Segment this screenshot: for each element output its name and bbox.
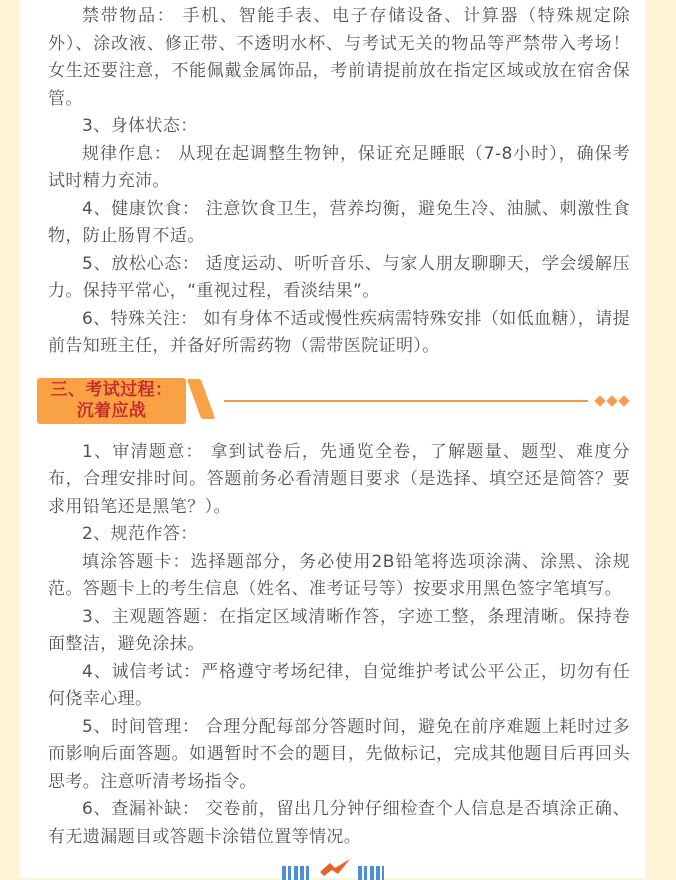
diamond-icon bbox=[618, 395, 629, 406]
paragraph: 禁带物品： 手机、智能手表、电子存储设备、计算器（特殊规定除外）、涂改液、修正带… bbox=[48, 3, 630, 113]
divider-line bbox=[224, 400, 588, 402]
section-title-line2: 沉着应战 bbox=[77, 401, 147, 421]
banner-ribbon-tail bbox=[187, 379, 216, 419]
paragraph: 2、规范作答： bbox=[48, 521, 630, 549]
paragraph: 规律作息： 从现在起调整生物钟，保证充足睡眠（7-8小时），确保考试时精力充沛。 bbox=[48, 141, 630, 196]
paragraph: 5、时间管理： 合理分配每部分答题时间，避免在前序难题上耗时过多而影响后面答题。… bbox=[48, 714, 630, 797]
paragraph: 填涂答题卡：选择题部分，务必使用2B铅笔将选项涂满、涂黑、涂规范。答题卡上的考生… bbox=[48, 549, 630, 604]
diamond-icon bbox=[606, 395, 617, 406]
diamond-decoration-icon bbox=[596, 397, 628, 405]
diamond-icon bbox=[594, 395, 605, 406]
section-title-line1: 三、考试过程： bbox=[51, 380, 173, 400]
paragraph: 1、审清题意： 拿到试卷后，先通览全卷，了解题量、题型、难度分布，合理安排时间。… bbox=[48, 439, 630, 522]
paragraph: 6、查漏补缺： 交卷前，留出几分钟仔细检查个人信息是否填涂正确、有无遗漏题目或答… bbox=[48, 796, 630, 851]
paragraph: 3、身体状态： bbox=[48, 113, 630, 141]
bird-icon bbox=[318, 858, 352, 878]
article-content: 禁带物品： 手机、智能手表、电子存储设备、计算器（特殊规定除外）、涂改液、修正带… bbox=[20, 0, 645, 851]
paragraph: 4、诚信考试：严格遵守考场纪律，自觉维护考试公平公正，切勿有任何侥幸心理。 bbox=[48, 659, 630, 714]
section-banner: 三、考试过程： 沉着应战 bbox=[37, 378, 186, 424]
paragraph: 6、特殊关注： 如有身体不适或慢性疾病需特殊安排（如低血糖），请提前告知班主任，… bbox=[48, 306, 630, 361]
footer-text-fragment-left bbox=[282, 866, 312, 878]
paragraph: 3、主观题答题：在指定区域清晰作答，字迹工整，条理清晰。保持卷面整洁，避免涂抹。 bbox=[48, 604, 630, 659]
section-title: 三、考试过程： 沉着应战 bbox=[51, 380, 173, 422]
section-heading-row: 三、考试过程： 沉着应战 bbox=[37, 378, 630, 424]
paragraph: 4、健康饮食： 注意饮食卫生，营养均衡，避免生冷、油腻、刺激性食物，防止肠胃不适… bbox=[48, 196, 630, 251]
paragraph: 5、放松心态： 适度运动、听听音乐、与家人朋友聊聊天，学会缓解压力。保持平常心，… bbox=[48, 251, 630, 306]
article-page: 禁带物品： 手机、智能手表、电子存储设备、计算器（特殊规定除外）、涂改液、修正带… bbox=[20, 0, 645, 878]
footer-text-fragment-right bbox=[358, 866, 384, 878]
footer-decoration bbox=[282, 858, 384, 878]
